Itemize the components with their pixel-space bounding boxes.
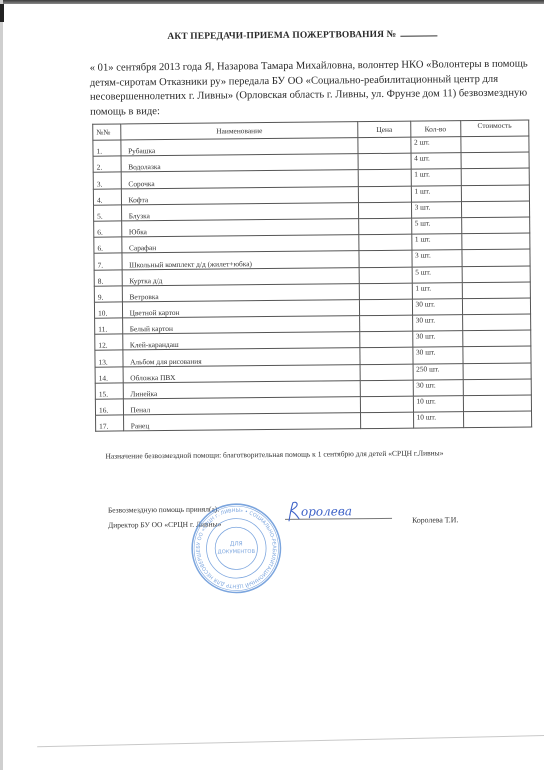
row-qty: 3 шт.	[411, 250, 461, 267]
header-num: №№	[93, 124, 121, 140]
row-qty: 30 шт.	[413, 379, 463, 396]
row-num: 16.	[95, 399, 123, 415]
row-cost	[461, 233, 530, 250]
row-qty: 3 шт.	[411, 201, 461, 218]
row-cost	[462, 282, 531, 299]
row-cost	[462, 266, 531, 283]
row-cost	[461, 201, 530, 218]
row-num: 12.	[95, 334, 123, 350]
row-qty: 30 шт.	[412, 331, 462, 348]
purpose-text: Назначение безвозмездной помощи: благотв…	[105, 447, 535, 460]
header-qty: Кол-во	[410, 121, 460, 137]
row-qty: 1 шт.	[411, 169, 461, 186]
row-qty: 1 шт.	[411, 185, 461, 202]
header-price: Цена	[358, 121, 410, 137]
row-qty: 10 шт.	[413, 412, 463, 429]
row-num: 4.	[93, 189, 121, 205]
row-num: 15.	[95, 383, 123, 399]
signer-name: Королева Т.И.	[412, 515, 458, 524]
row-cost	[462, 314, 531, 331]
row-cost	[461, 185, 530, 202]
signature-text: оролева	[301, 504, 352, 518]
row-cost	[463, 363, 532, 380]
row-cost	[461, 217, 530, 234]
row-price	[359, 234, 411, 251]
row-price	[359, 186, 411, 203]
row-num: 1.	[93, 140, 121, 156]
title-text: АКТ ПЕРЕДАЧИ-ПРИЕМА ПОЖЕРТВОВАНИЯ №	[167, 30, 396, 42]
row-price	[360, 299, 412, 316]
row-price	[361, 412, 413, 429]
page-bottom-edge	[37, 735, 544, 747]
row-cost	[463, 379, 532, 396]
row-qty: 5 шт.	[411, 218, 461, 235]
row-price	[358, 153, 410, 170]
row-qty: 4 шт.	[411, 153, 461, 170]
row-num: 17.	[96, 415, 124, 431]
row-price	[359, 218, 411, 235]
header-cost: Стоимость	[460, 120, 529, 137]
row-price	[360, 331, 412, 348]
row-num: 2.	[93, 156, 121, 172]
row-num: 5.	[94, 205, 122, 221]
stamp-center-line-2: ДОКУМЕНТОВ	[218, 549, 256, 555]
row-cost	[462, 330, 531, 347]
row-price	[359, 170, 411, 187]
row-qty: 30 шт.	[412, 347, 462, 364]
row-num: 11.	[95, 318, 123, 334]
table-row: 17.Ранец10 шт.	[96, 411, 532, 431]
row-cost	[463, 411, 532, 428]
row-price	[359, 202, 411, 219]
row-price	[360, 348, 412, 365]
row-price	[358, 137, 410, 154]
row-price	[360, 283, 412, 300]
row-qty: 30 шт.	[412, 299, 462, 316]
handwritten-signature-icon: оролева	[285, 498, 385, 525]
row-qty: 5 шт.	[412, 266, 462, 283]
row-qty: 250 шт.	[413, 363, 463, 380]
row-qty: 1 шт.	[412, 282, 462, 299]
row-num: 8.	[94, 269, 122, 285]
intro-paragraph: « 01» сентября 2013 года Я, Назарова Там…	[90, 58, 529, 120]
row-cost	[462, 346, 531, 363]
row-num: 6.	[94, 221, 122, 237]
row-cost	[461, 152, 530, 169]
row-qty: 2 шт.	[410, 137, 460, 154]
row-price	[361, 364, 413, 381]
row-cost	[463, 395, 532, 412]
row-cost	[462, 249, 531, 266]
document-page: АКТ ПЕРЕДАЧИ-ПРИЕМА ПОЖЕРТВОВАНИЯ № « 01…	[0, 0, 544, 770]
row-num: 9.	[94, 286, 122, 302]
row-price	[361, 380, 413, 397]
row-name: Ранец	[123, 413, 361, 431]
row-qty: 10 шт.	[413, 396, 463, 413]
row-cost	[460, 136, 529, 153]
row-price	[360, 315, 412, 332]
row-num: 3.	[93, 172, 121, 188]
row-num: 7.	[94, 253, 122, 269]
row-qty: 30 шт.	[412, 315, 462, 332]
row-num: 10.	[94, 302, 122, 318]
act-number-blank	[400, 35, 437, 36]
row-price	[360, 267, 412, 284]
row-cost	[461, 168, 530, 185]
table-body: 1.Рубашка2 шт.2.Водолазка4 шт.3.Сорочка1…	[93, 136, 532, 432]
row-num: 13.	[95, 350, 123, 366]
row-cost	[462, 298, 531, 315]
row-num: 14.	[95, 367, 123, 383]
row-qty: 1 шт.	[411, 234, 461, 251]
row-price	[359, 250, 411, 267]
official-stamp-icon: БУ ОО «СРЦН г. ЛИВНЫ» • СОЦИАЛЬНО-РЕАБИЛ…	[188, 500, 285, 597]
row-price	[361, 396, 413, 413]
stamp-center-line-1: ДЛЯ	[230, 541, 243, 547]
donation-items-table: №№ Наименование Цена Кол-во Стоимость 1.…	[92, 120, 532, 433]
row-num: 6.	[94, 237, 122, 253]
document-title: АКТ ПЕРЕДАЧИ-ПРИЕМА ПОЖЕРТВОВАНИЯ №	[167, 29, 467, 42]
